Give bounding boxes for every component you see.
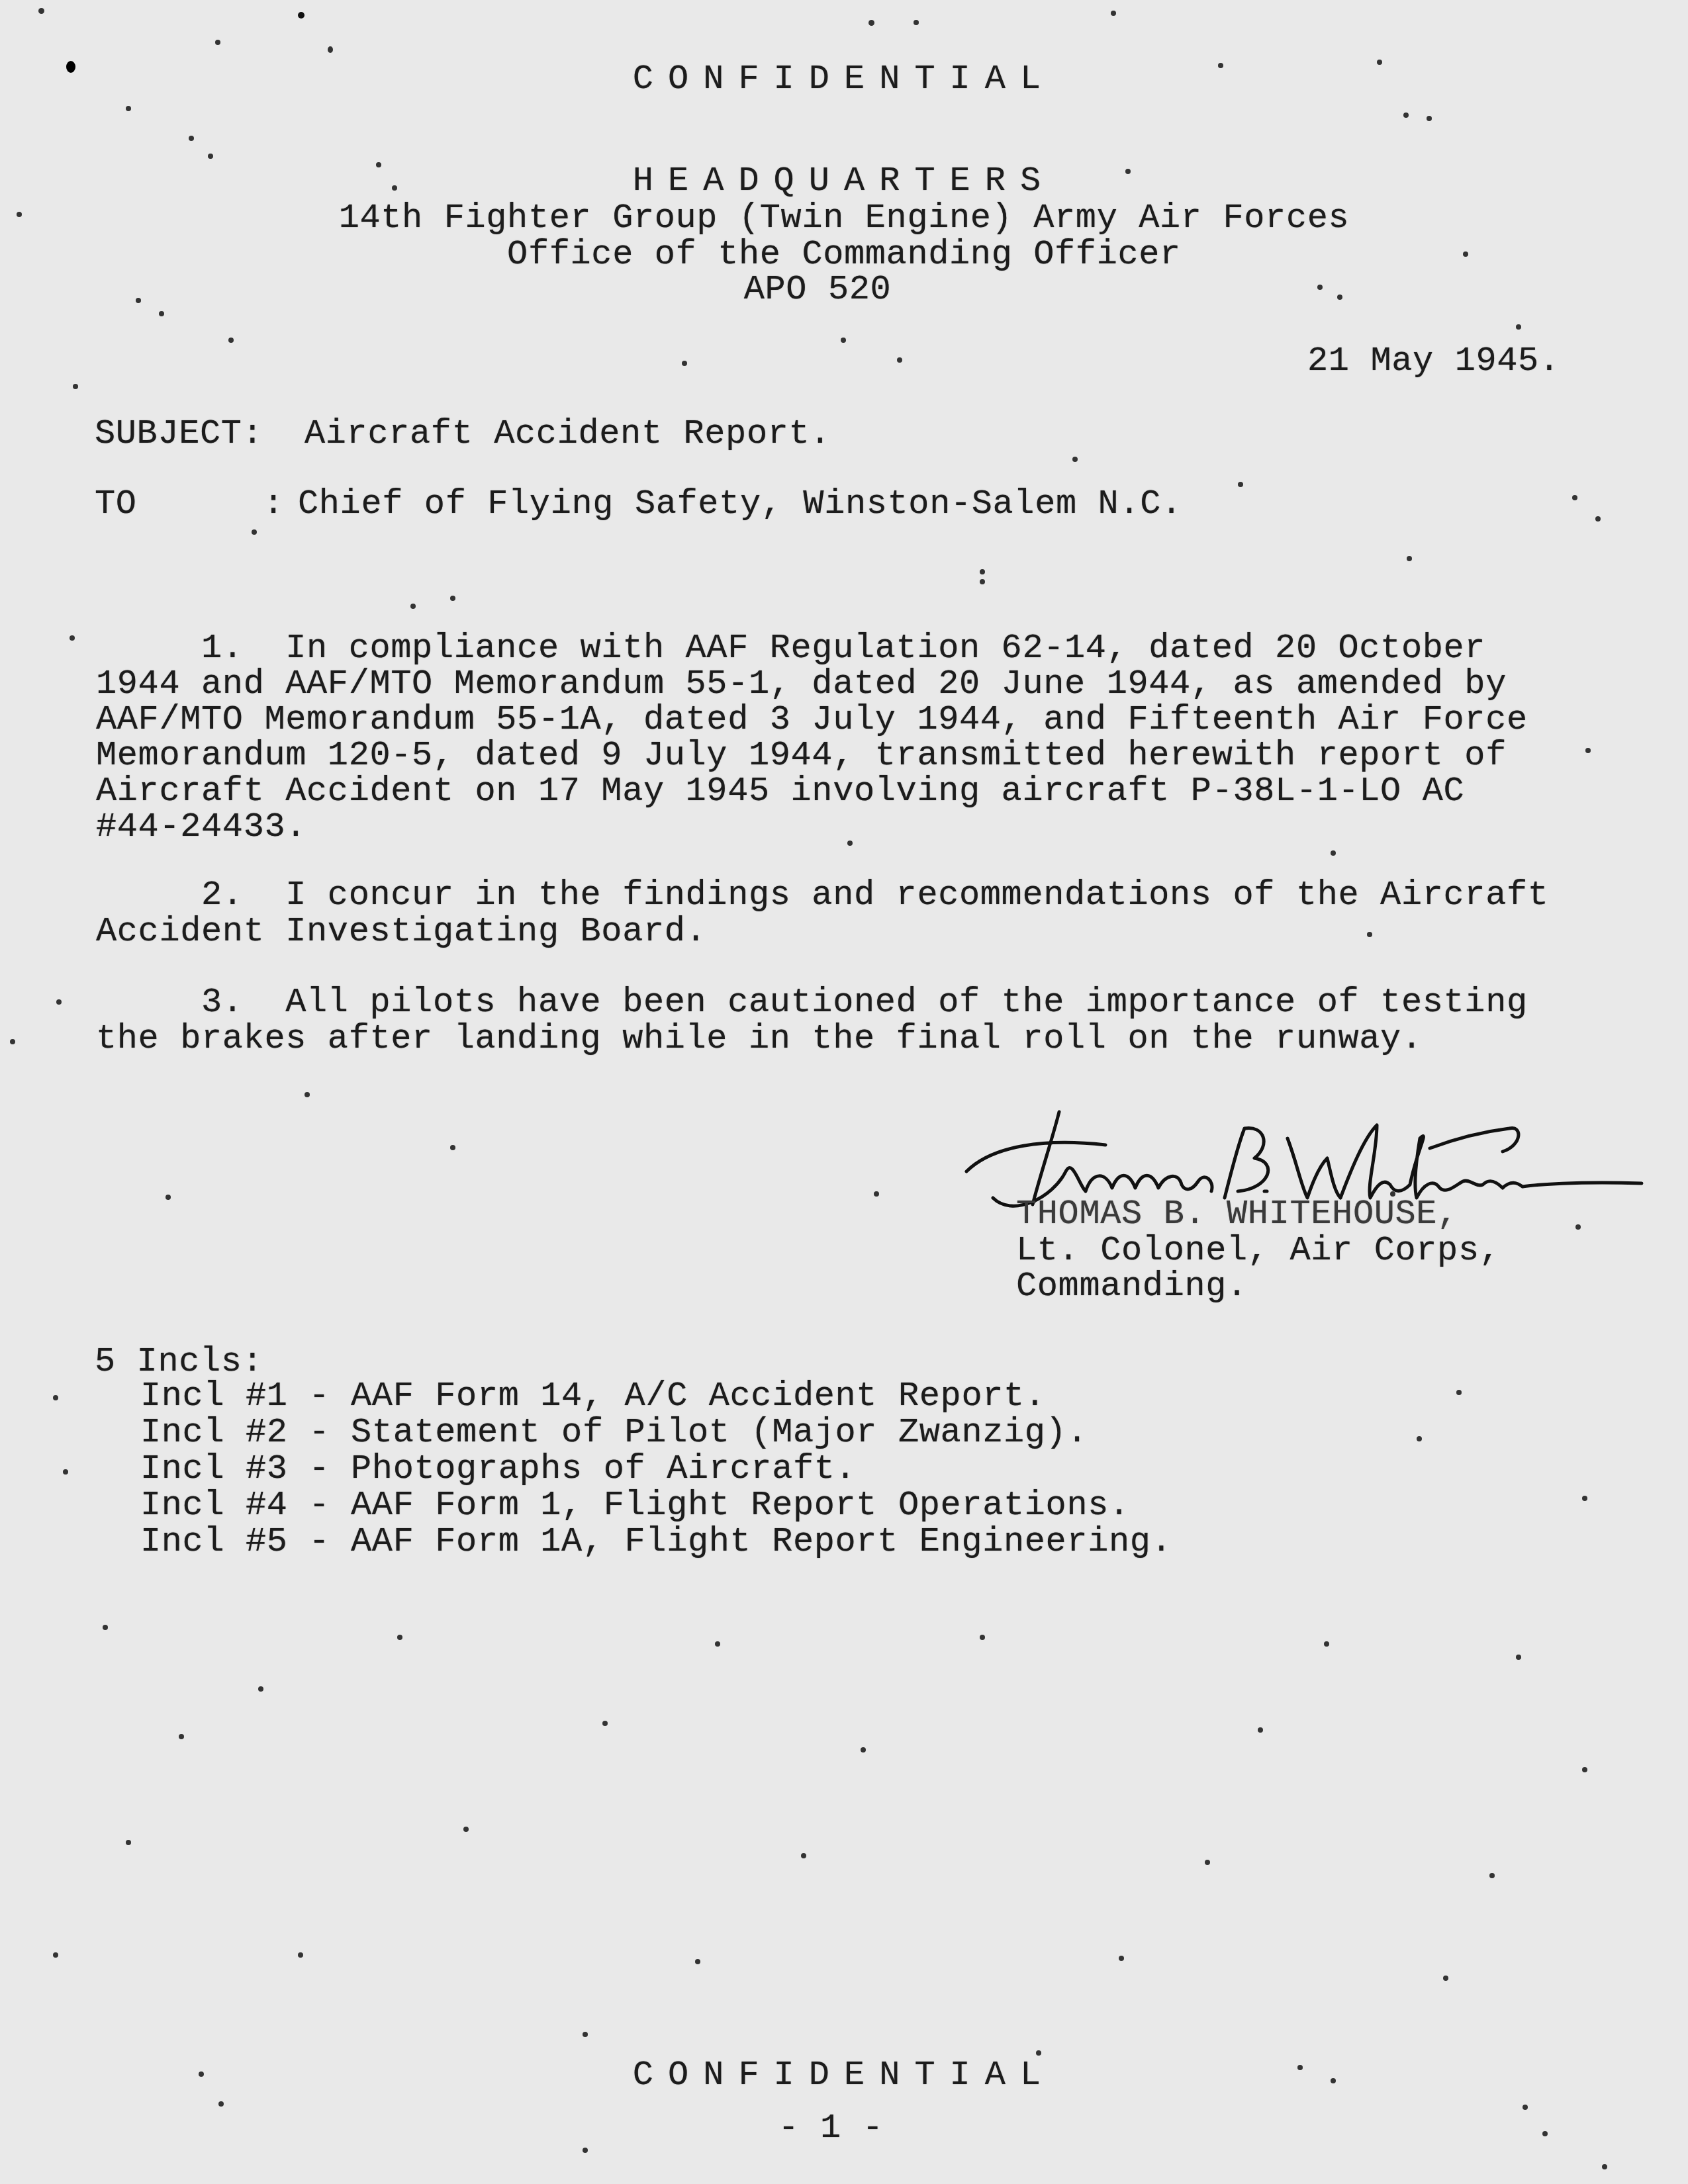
subject-value: Aircraft Accident Report.	[305, 416, 831, 453]
apo-line: APO 520	[0, 271, 1662, 308]
subject-label: SUBJECT:	[95, 416, 263, 453]
letter-date: 21 May 1945.	[1307, 343, 1560, 380]
paragraph-line: 3. All pilots have been cautioned of the…	[96, 984, 1528, 1021]
unit-line: 14th Fighter Group (Twin Engine) Army Ai…	[0, 200, 1688, 237]
enclosure-item: Incl #4 - AAF Form 1, Flight Report Oper…	[140, 1487, 1130, 1524]
page-number: - 1 -	[0, 2110, 1675, 2147]
office-line: Office of the Commanding Officer	[0, 236, 1688, 273]
paragraph-line: 1944 and AAF/MTO Memorandum 55-1, dated …	[96, 666, 1507, 703]
headquarters-heading: HEADQUARTERS	[0, 163, 1688, 200]
signer-typed-name: THOMAS B. WHITEHOUSE,	[1016, 1196, 1458, 1233]
to-value: Chief of Flying Safety, Winston-Salem N.…	[298, 486, 1182, 523]
paragraph-line: Aircraft Accident on 17 May 1945 involvi…	[96, 773, 1464, 810]
paragraph-line: Accident Investigating Board.	[96, 913, 706, 950]
enclosure-item: Incl #1 - AAF Form 14, A/C Accident Repo…	[140, 1378, 1046, 1415]
paragraph-line: #44-24433.	[96, 809, 306, 846]
paragraph-line: 2. I concur in the findings and recommen…	[96, 877, 1549, 914]
paragraph-line: the brakes after landing while in the fi…	[96, 1021, 1423, 1058]
signer-rank: Lt. Colonel, Air Corps,	[1016, 1232, 1501, 1269]
paragraph-line: AAF/MTO Memorandum 55-1A, dated 3 July 1…	[96, 702, 1528, 739]
signer-role: Commanding.	[1016, 1268, 1248, 1305]
enclosure-item: Incl #5 - AAF Form 1A, Flight Report Eng…	[140, 1524, 1172, 1561]
document-page: CONFIDENTIAL HEADQUARTERS 14th Fighter G…	[0, 0, 1688, 2184]
paragraph-line: 1. In compliance with AAF Regulation 62-…	[96, 630, 1485, 667]
classification-top: CONFIDENTIAL	[0, 61, 1688, 98]
enclosures-heading: 5 Incls:	[95, 1343, 263, 1381]
classification-bottom: CONFIDENTIAL	[0, 2057, 1688, 2094]
enclosure-item: Incl #2 - Statement of Pilot (Major Zwan…	[140, 1414, 1088, 1451]
enclosure-item: Incl #3 - Photographs of Aircraft.	[140, 1451, 856, 1488]
paragraph-line: Memorandum 120-5, dated 9 July 1944, tra…	[96, 737, 1507, 774]
to-label: TO :	[95, 486, 284, 523]
